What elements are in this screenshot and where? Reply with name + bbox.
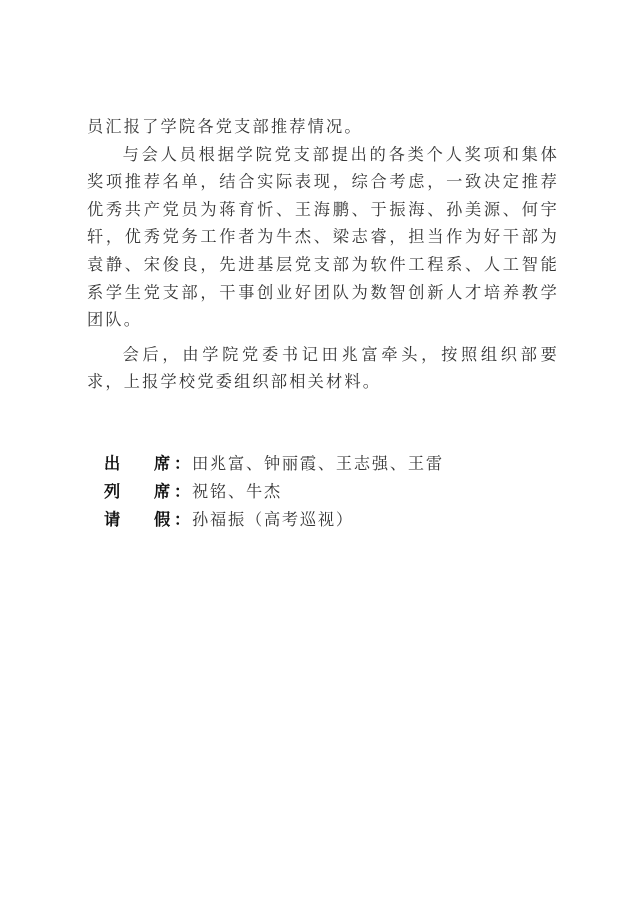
attendance-label: 出 席 [104, 450, 174, 478]
meeting-minutes-body: 员汇报了学院各党支部推荐情况。 与会人员根据学院党支部提出的各类个人奖项和集体奖… [87, 113, 559, 396]
label-char: 席 [154, 450, 172, 478]
label-char: 列 [104, 478, 122, 506]
paragraph-follow-up: 会后，由学院党委书记田兆富牵头，按照组织部要求，上报学校党委组织部相关材料。 [87, 341, 559, 396]
label-char: 假 [154, 506, 172, 534]
attendance-names: 孙福振（高考巡视） [192, 506, 354, 534]
attendance-list: 出 席 ： 田兆富、钟丽霞、王志强、王雷 列 席 ： 祝铭、牛杰 请 假 ： 孙… [104, 450, 524, 534]
attendance-row-observers: 列 席 ： 祝铭、牛杰 [104, 478, 524, 506]
paragraph-recommendations: 与会人员根据学院党支部提出的各类个人奖项和集体奖项推荐名单，结合实际表现，综合考… [87, 141, 559, 334]
colon: ： [174, 450, 192, 478]
label-char: 席 [154, 478, 172, 506]
attendance-names: 祝铭、牛杰 [192, 478, 282, 506]
attendance-label: 列 席 [104, 478, 174, 506]
paragraph-report: 员汇报了学院各党支部推荐情况。 [87, 113, 559, 141]
label-char: 出 [104, 450, 122, 478]
colon: ： [174, 506, 192, 534]
attendance-row-present: 出 席 ： 田兆富、钟丽霞、王志强、王雷 [104, 450, 524, 478]
document-page: 员汇报了学院各党支部推荐情况。 与会人员根据学院党支部提出的各类个人奖项和集体奖… [0, 0, 639, 905]
attendance-row-absent: 请 假 ： 孙福振（高考巡视） [104, 506, 524, 534]
colon: ： [174, 478, 192, 506]
label-char: 请 [104, 506, 122, 534]
attendance-label: 请 假 [104, 506, 174, 534]
attendance-names: 田兆富、钟丽霞、王志强、王雷 [192, 450, 444, 478]
